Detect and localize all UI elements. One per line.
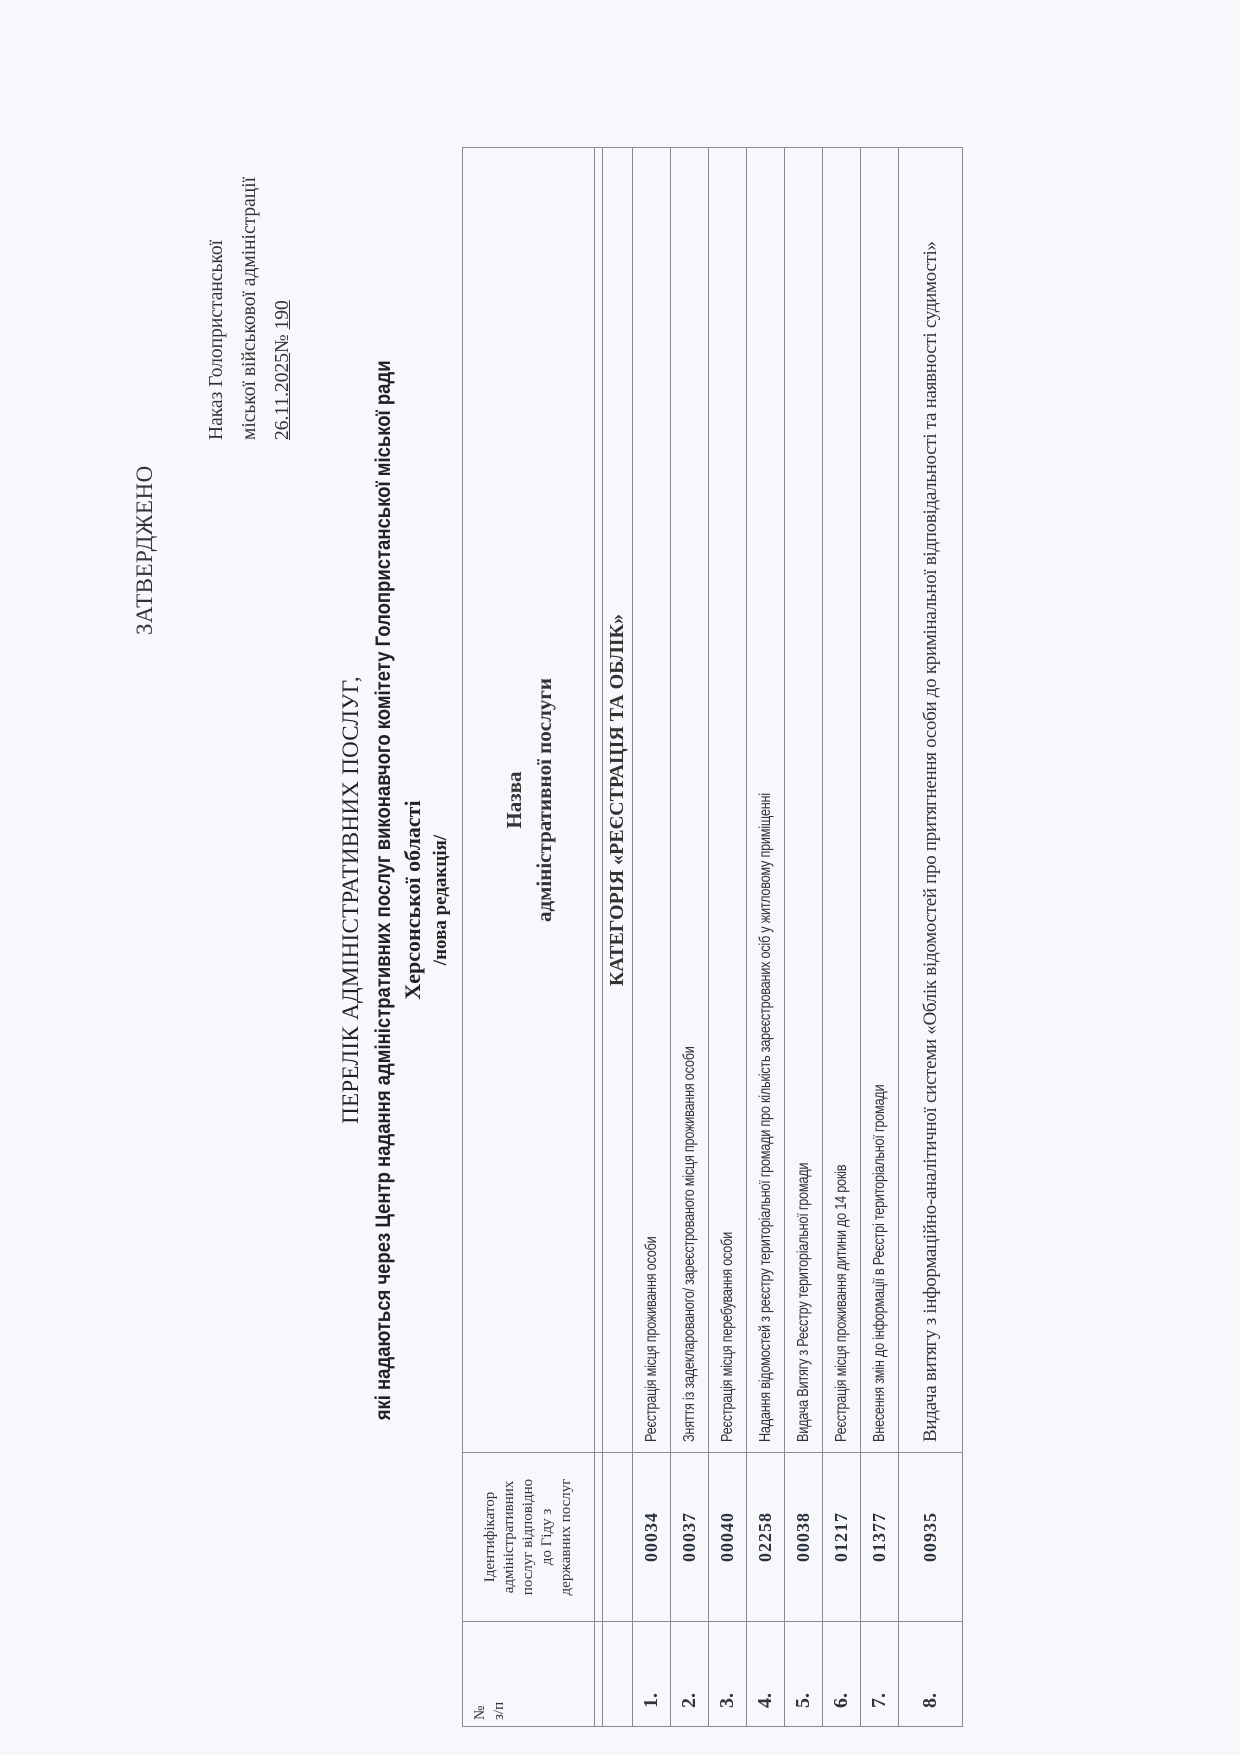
order-issuer-line1: Наказ Голопристанської xyxy=(200,177,233,440)
table-spacer-row xyxy=(595,148,603,1727)
header-id-line1: Ідентифікатор xyxy=(481,1463,500,1611)
row-identifier: 01217 xyxy=(823,1453,861,1622)
row-service-name: Надання відомостей з реєстру територіаль… xyxy=(747,148,785,1453)
header-number-line1: № xyxy=(471,1632,490,1720)
document-page: ЗАТВЕРДЖЕНО Наказ Голопристанської міськ… xyxy=(0,0,1240,1755)
order-number: 190 xyxy=(272,300,293,329)
row-service-name: Реєстрація місця проживання особи xyxy=(633,148,671,1453)
row-service-name: Внесення змін до інформації в Реєстрі те… xyxy=(861,148,899,1453)
header-service-name: Назва адміністративної послуги xyxy=(463,148,595,1453)
header-identifier: Ідентифікатор адміністративних послуг ві… xyxy=(463,1453,595,1622)
row-number: 3. xyxy=(709,1622,747,1727)
row-number: 6. xyxy=(823,1622,861,1727)
header-name-line2: адміністративної послуги xyxy=(529,158,559,1442)
row-number: 4. xyxy=(747,1622,785,1727)
row-number: 1. xyxy=(633,1622,671,1727)
row-identifier: 00040 xyxy=(709,1453,747,1622)
table-row: 1. 00034 Реєстрація місця проживання осо… xyxy=(633,148,671,1727)
row-service-name: Видача витягу з інформаційно-аналітичної… xyxy=(899,148,963,1453)
row-identifier: 01377 xyxy=(861,1453,899,1622)
title-line-2: які надаються через Центр надання адміні… xyxy=(367,380,399,1421)
row-identifier: 00935 xyxy=(899,1453,963,1622)
table-row: 8. 00935 Видача витягу з інформаційно-ан… xyxy=(899,148,963,1727)
order-number-prefix: № xyxy=(272,329,293,352)
services-table: № з/п Ідентифікатор адміністративних пос… xyxy=(462,147,963,1727)
header-id-line4: до Гіду з xyxy=(538,1463,557,1611)
table-row: 4. 02258 Надання відомостей з реєстру те… xyxy=(747,148,785,1727)
header-name-line1: Назва xyxy=(499,158,529,1442)
row-identifier: 00037 xyxy=(671,1453,709,1622)
row-identifier: 00034 xyxy=(633,1453,671,1622)
row-service-name: Реєстрація місця перебування особи xyxy=(709,148,747,1453)
title-line-3: Херсонської області xyxy=(399,295,427,1505)
approval-order-reference: Наказ Голопристанської міської військово… xyxy=(200,177,299,440)
table-header-row: № з/п Ідентифікатор адміністративних пос… xyxy=(463,148,595,1727)
header-number: № з/п xyxy=(463,1622,595,1727)
category-title: КАТЕГОРІЯ «РЕЄСТРАЦІЯ ТА ОБЛІК» xyxy=(603,148,633,1453)
row-service-name: Зняття із задекларованого/ зареєстровано… xyxy=(671,148,709,1453)
table-row: 5. 00038 Видача Витягу з Реєстру територ… xyxy=(785,148,823,1727)
header-id-line5: державних послуг xyxy=(557,1463,576,1611)
header-id-line3: послуг відповідно xyxy=(519,1463,538,1611)
document-title: ПЕРЕЛІК АДМІНІСТРАТИВНИХ ПОСЛУГ, які над… xyxy=(335,295,455,1505)
row-number: 5. xyxy=(785,1622,823,1727)
order-date: 26.11.2025 xyxy=(272,353,293,440)
table-row: 6. 01217 Реєстрація місця проживання дит… xyxy=(823,148,861,1727)
header-number-line2: з/п xyxy=(490,1632,509,1720)
table-row: 3. 00040 Реєстрація місця перебування ос… xyxy=(709,148,747,1727)
row-service-name: Реєстрація місця проживання дитини до 14… xyxy=(823,148,861,1453)
header-id-line2: адміністративних xyxy=(500,1463,519,1611)
row-number: 8. xyxy=(899,1622,963,1727)
title-line-1: ПЕРЕЛІК АДМІНІСТРАТИВНИХ ПОСЛУГ, xyxy=(335,295,367,1505)
category-row: КАТЕГОРІЯ «РЕЄСТРАЦІЯ ТА ОБЛІК» xyxy=(603,148,633,1727)
row-identifier: 00038 xyxy=(785,1453,823,1622)
row-identifier: 02258 xyxy=(747,1453,785,1622)
row-number: 2. xyxy=(671,1622,709,1727)
title-line-4: /нова редакція/ xyxy=(427,295,455,1505)
row-service-name: Видача Витягу з Реєстру територіальної г… xyxy=(785,148,823,1453)
table-row: 7. 01377 Внесення змін до інформації в Р… xyxy=(861,148,899,1727)
table-row: 2. 00037 Зняття із задекларованого/ заре… xyxy=(671,148,709,1727)
order-issuer-line2: міської військової адміністрації xyxy=(233,177,266,440)
approval-stamp-label: ЗАТВЕРДЖЕНО xyxy=(132,465,158,635)
row-number: 7. xyxy=(861,1622,899,1727)
order-date-number: 26.11.2025№ 190 xyxy=(266,177,299,440)
